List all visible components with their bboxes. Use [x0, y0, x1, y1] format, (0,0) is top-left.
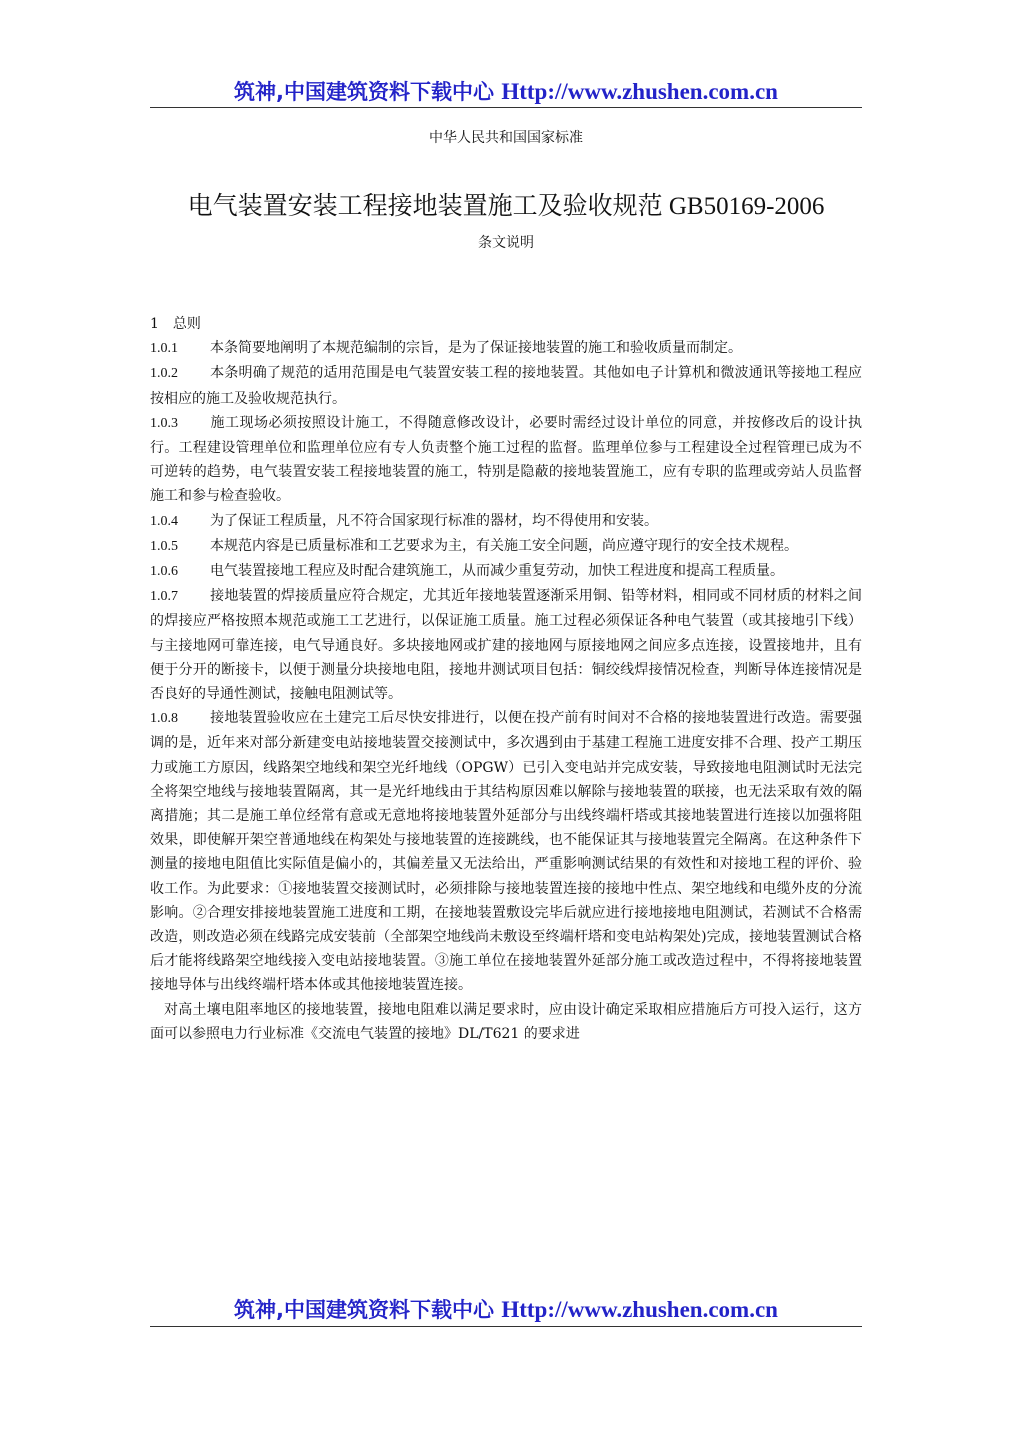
clause-text: 本条简要地阐明了本规范编制的宗旨，是为了保证接地装置的施工和验收质量而制定。: [210, 340, 742, 356]
clause-number: 1.0.6: [150, 560, 210, 584]
site-url: Http://www.zhushen.com.cn: [501, 1297, 778, 1322]
clause-number: 1.0.2: [150, 362, 210, 386]
document-subtitle: 条文说明: [0, 232, 1012, 252]
clause-text: 为了保证工程质量，凡不符合国家现行标准的器材，均不得使用和安装。: [210, 513, 658, 529]
footer-banner: 筑神,中国建筑资料下载中心 Http://www.zhushen.com.cn: [150, 1294, 862, 1324]
document-body: 1 总则 1.0.1本条简要地阐明了本规范编制的宗旨，是为了保证接地装置的施工和…: [150, 312, 862, 1046]
clause-text: 本规范内容是已质量标准和工艺要求为主，有关施工安全问题，尚应遵守现行的安全技术规…: [210, 538, 798, 554]
header-rule: [150, 107, 862, 108]
site-name: 筑神,中国建筑资料下载中心: [234, 1298, 494, 1322]
continuation-paragraph: 对高土壤电阻率地区的接地装置，接地电阻难以满足要求时，应由设计确定采取相应措施后…: [150, 998, 862, 1046]
clause-number: 1.0.8: [150, 707, 210, 731]
clause-text: 本条明确了规范的适用范围是电气装置安装工程的接地装置。其他如电子计算机和微波通讯…: [150, 365, 862, 406]
clause-text: 接地装置的焊接质量应符合规定，尤其近年接地装置逐渐采用铜、铅等材料，相同或不同材…: [150, 588, 862, 702]
clause-number: 1.0.1: [150, 337, 210, 361]
site-name: 筑神,中国建筑资料下载中心: [234, 80, 494, 104]
document-title: 电气装置安装工程接地装置施工及验收规范 GB50169-2006: [0, 186, 1012, 222]
standard-label: 中华人民共和国国家标准: [0, 127, 1012, 147]
clause-number: 1.0.5: [150, 535, 210, 559]
clause-text: 接地装置验收应在土建完工后尽快安排进行，以便在投产前有时间对不合格的接地装置进行…: [150, 710, 862, 993]
clause-1-0-8: 1.0.8接地装置验收应在土建完工后尽快安排进行，以便在投产前有时间对不合格的接…: [150, 706, 862, 997]
clause-1-0-2: 1.0.2本条明确了规范的适用范围是电气装置安装工程的接地装置。其他如电子计算机…: [150, 361, 862, 410]
clause-number: 1.0.4: [150, 510, 210, 534]
clause-1-0-4: 1.0.4为了保证工程质量，凡不符合国家现行标准的器材，均不得使用和安装。: [150, 509, 862, 534]
clause-text: 电气装置接地工程应及时配合建筑施工，从而减少重复劳动，加快工程进度和提高工程质量…: [210, 563, 784, 579]
clause-1-0-5: 1.0.5本规范内容是已质量标准和工艺要求为主，有关施工安全问题，尚应遵守现行的…: [150, 534, 862, 559]
clause-1-0-3: 1.0.3施工现场必须按照设计施工，不得随意修改设计，必要时需经过设计单位的同意…: [150, 411, 862, 509]
clause-number: 1.0.3: [150, 412, 210, 436]
section-heading: 1 总则: [150, 312, 862, 336]
clause-1-0-6: 1.0.6电气装置接地工程应及时配合建筑施工，从而减少重复劳动，加快工程进度和提…: [150, 559, 862, 584]
clause-1-0-7: 1.0.7接地装置的焊接质量应符合规定，尤其近年接地装置逐渐采用铜、铅等材料，相…: [150, 584, 862, 706]
header-banner: 筑神,中国建筑资料下载中心 Http://www.zhushen.com.cn: [150, 76, 862, 106]
site-url: Http://www.zhushen.com.cn: [501, 79, 778, 104]
footer-rule: [150, 1326, 862, 1327]
clause-1-0-1: 1.0.1本条简要地阐明了本规范编制的宗旨，是为了保证接地装置的施工和验收质量而…: [150, 336, 862, 361]
clause-text: 施工现场必须按照设计施工，不得随意修改设计，必要时需经过设计单位的同意，并按修改…: [150, 415, 862, 505]
clause-number: 1.0.7: [150, 585, 210, 609]
